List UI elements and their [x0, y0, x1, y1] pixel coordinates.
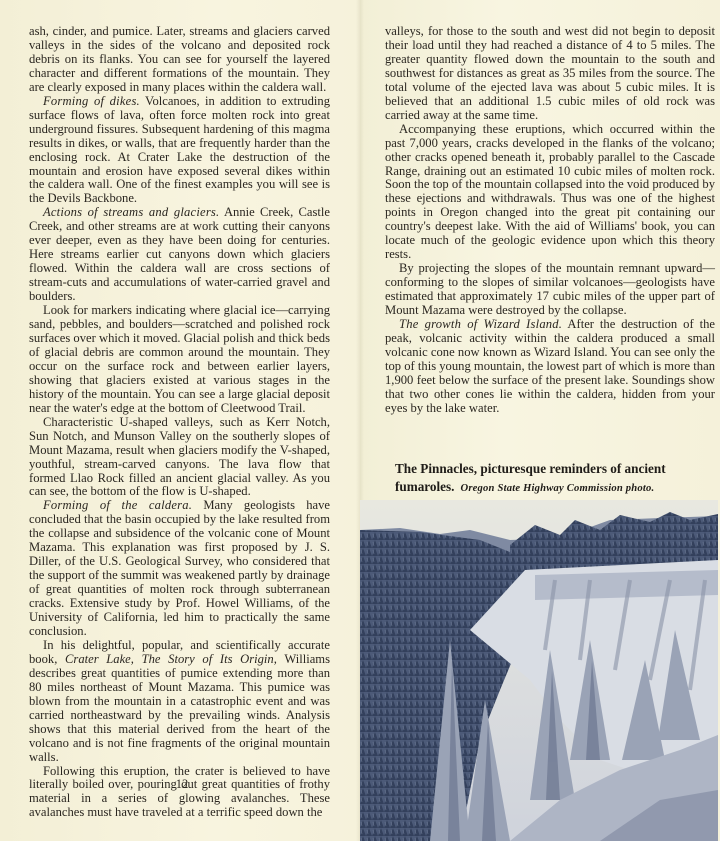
- paragraph-text: Look for markers indicating where glacia…: [29, 303, 330, 415]
- book-title: Crater Lake, The Story of Its Origin,: [65, 652, 277, 666]
- paragraph-text: Williams describes great quantities of p…: [29, 652, 330, 764]
- left-text-column: ash, cinder, and pumice. Later, streams …: [29, 25, 330, 820]
- paragraph-text: ash, cinder, and pumice. Later, streams …: [29, 24, 330, 94]
- paragraph: Characteristic U-shaped valleys, such as…: [29, 416, 330, 500]
- paragraph: By projecting the slopes of the mountain…: [385, 262, 715, 318]
- paragraph: Following this eruption, the crater is b…: [29, 765, 330, 821]
- paragraph-streams-and-glaciers: Actions of streams and glaciers. Annie C…: [29, 206, 330, 304]
- photo-credit: Oregon State Highway Commission photo.: [460, 483, 654, 494]
- paragraph-text: Many geologists have concluded that the …: [29, 498, 330, 638]
- paragraph: Look for markers indicating where glacia…: [29, 304, 330, 416]
- paragraph: In his delightful, popular, and scientif…: [29, 639, 330, 765]
- paragraph-text: valleys, for those to the south and west…: [385, 24, 715, 122]
- right-text-column: valleys, for those to the south and west…: [385, 25, 715, 416]
- photo-image: [360, 500, 718, 841]
- paragraph-forming-of-dikes: Forming of dikes. Volcanoes, in addition…: [29, 95, 330, 207]
- page-number: 12: [172, 777, 192, 792]
- paragraph-text: After the destruction of the peak, volca…: [385, 317, 715, 415]
- paragraph: Accompanying these eruptions, which occu…: [385, 123, 715, 263]
- section-heading: The growth of Wizard Island.: [399, 317, 562, 331]
- paragraph-text: Annie Creek, Castle Creek, and other str…: [29, 205, 330, 303]
- paragraph: ash, cinder, and pumice. Later, streams …: [29, 25, 330, 95]
- paragraph-wizard-island: The growth of Wizard Island. After the d…: [385, 318, 715, 416]
- paragraph-text: Accompanying these eruptions, which occu…: [385, 122, 715, 262]
- paragraph-text: Volcanoes, in addition to extruding surf…: [29, 94, 330, 206]
- pinnacles-photo: [360, 500, 718, 841]
- section-heading: Forming of dikes.: [43, 94, 140, 108]
- section-heading: Actions of streams and glaciers.: [43, 205, 219, 219]
- paragraph-forming-of-caldera: Forming of the caldera. Many geologists …: [29, 499, 330, 639]
- paragraph-text: Characteristic U-shaped valleys, such as…: [29, 415, 330, 499]
- paragraph: valleys, for those to the south and west…: [385, 25, 715, 123]
- section-heading: Forming of the caldera.: [43, 498, 192, 512]
- paragraph-text: By projecting the slopes of the mountain…: [385, 261, 715, 317]
- photo-caption: The Pinnacles, picturesque reminders of …: [395, 460, 705, 498]
